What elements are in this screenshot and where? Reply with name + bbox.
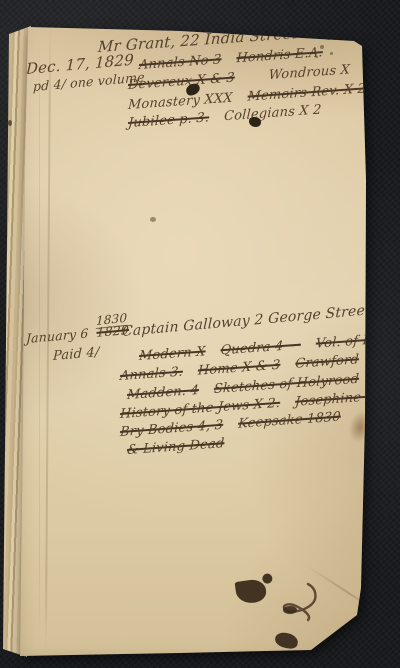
handwriting-line: & Living Dead <box>127 436 225 458</box>
handwriting-segment: Hondris E.A. <box>236 45 323 66</box>
margin-date-january: January 61829 <box>26 321 138 346</box>
handwriting-segment: Crawford <box>295 352 359 372</box>
ink-squiggle-blot <box>278 580 322 626</box>
handwriting-segment: Memoirs Rev. X 2 3. <box>247 80 383 105</box>
handwriting-segment: Annals No 3 <box>139 52 222 73</box>
ink-blot <box>249 117 261 127</box>
handwriting-segment: Annals 3. <box>120 365 184 384</box>
manuscript-page-wrap: Mr Grant, 22 India Street Dec. 17, 1829 … <box>0 0 400 668</box>
handwriting-segment: Quedra 4 — <box>220 338 301 359</box>
handwriting-segment: Vol. of Plays <box>315 331 398 352</box>
edge-stain <box>342 404 378 451</box>
gutter-speck <box>8 120 12 126</box>
handwriting-segment: January 6 <box>26 325 89 346</box>
handwriting-segment: Madden. 4 <box>127 383 200 403</box>
paper-fleck <box>150 217 156 222</box>
handwriting-segment: Collegians X 2 <box>224 102 322 124</box>
handwriting-segment: & Living Dead <box>127 436 225 458</box>
manuscript-page: Mr Grant, 22 India Street Dec. 17, 1829 … <box>0 0 400 668</box>
ink-blot <box>274 631 299 650</box>
ink-blot <box>235 578 268 605</box>
handwriting-segment: Josephine 1. <box>295 389 379 410</box>
margin-paid-note: Paid 4/ <box>53 345 100 364</box>
handwriting-segment: Wondrous X <box>268 62 350 83</box>
handwriting-segment: Modern X <box>139 344 206 364</box>
handwriting-segment: Jubilee p. 3. <box>128 110 210 131</box>
scanned-ledger-page: Mr Grant, 22 India Street Dec. 17, 1829 … <box>0 0 400 668</box>
handwriting-segment: Keepsake 1830 <box>238 410 341 432</box>
handwriting-segment: Home X & 3 <box>197 358 280 379</box>
